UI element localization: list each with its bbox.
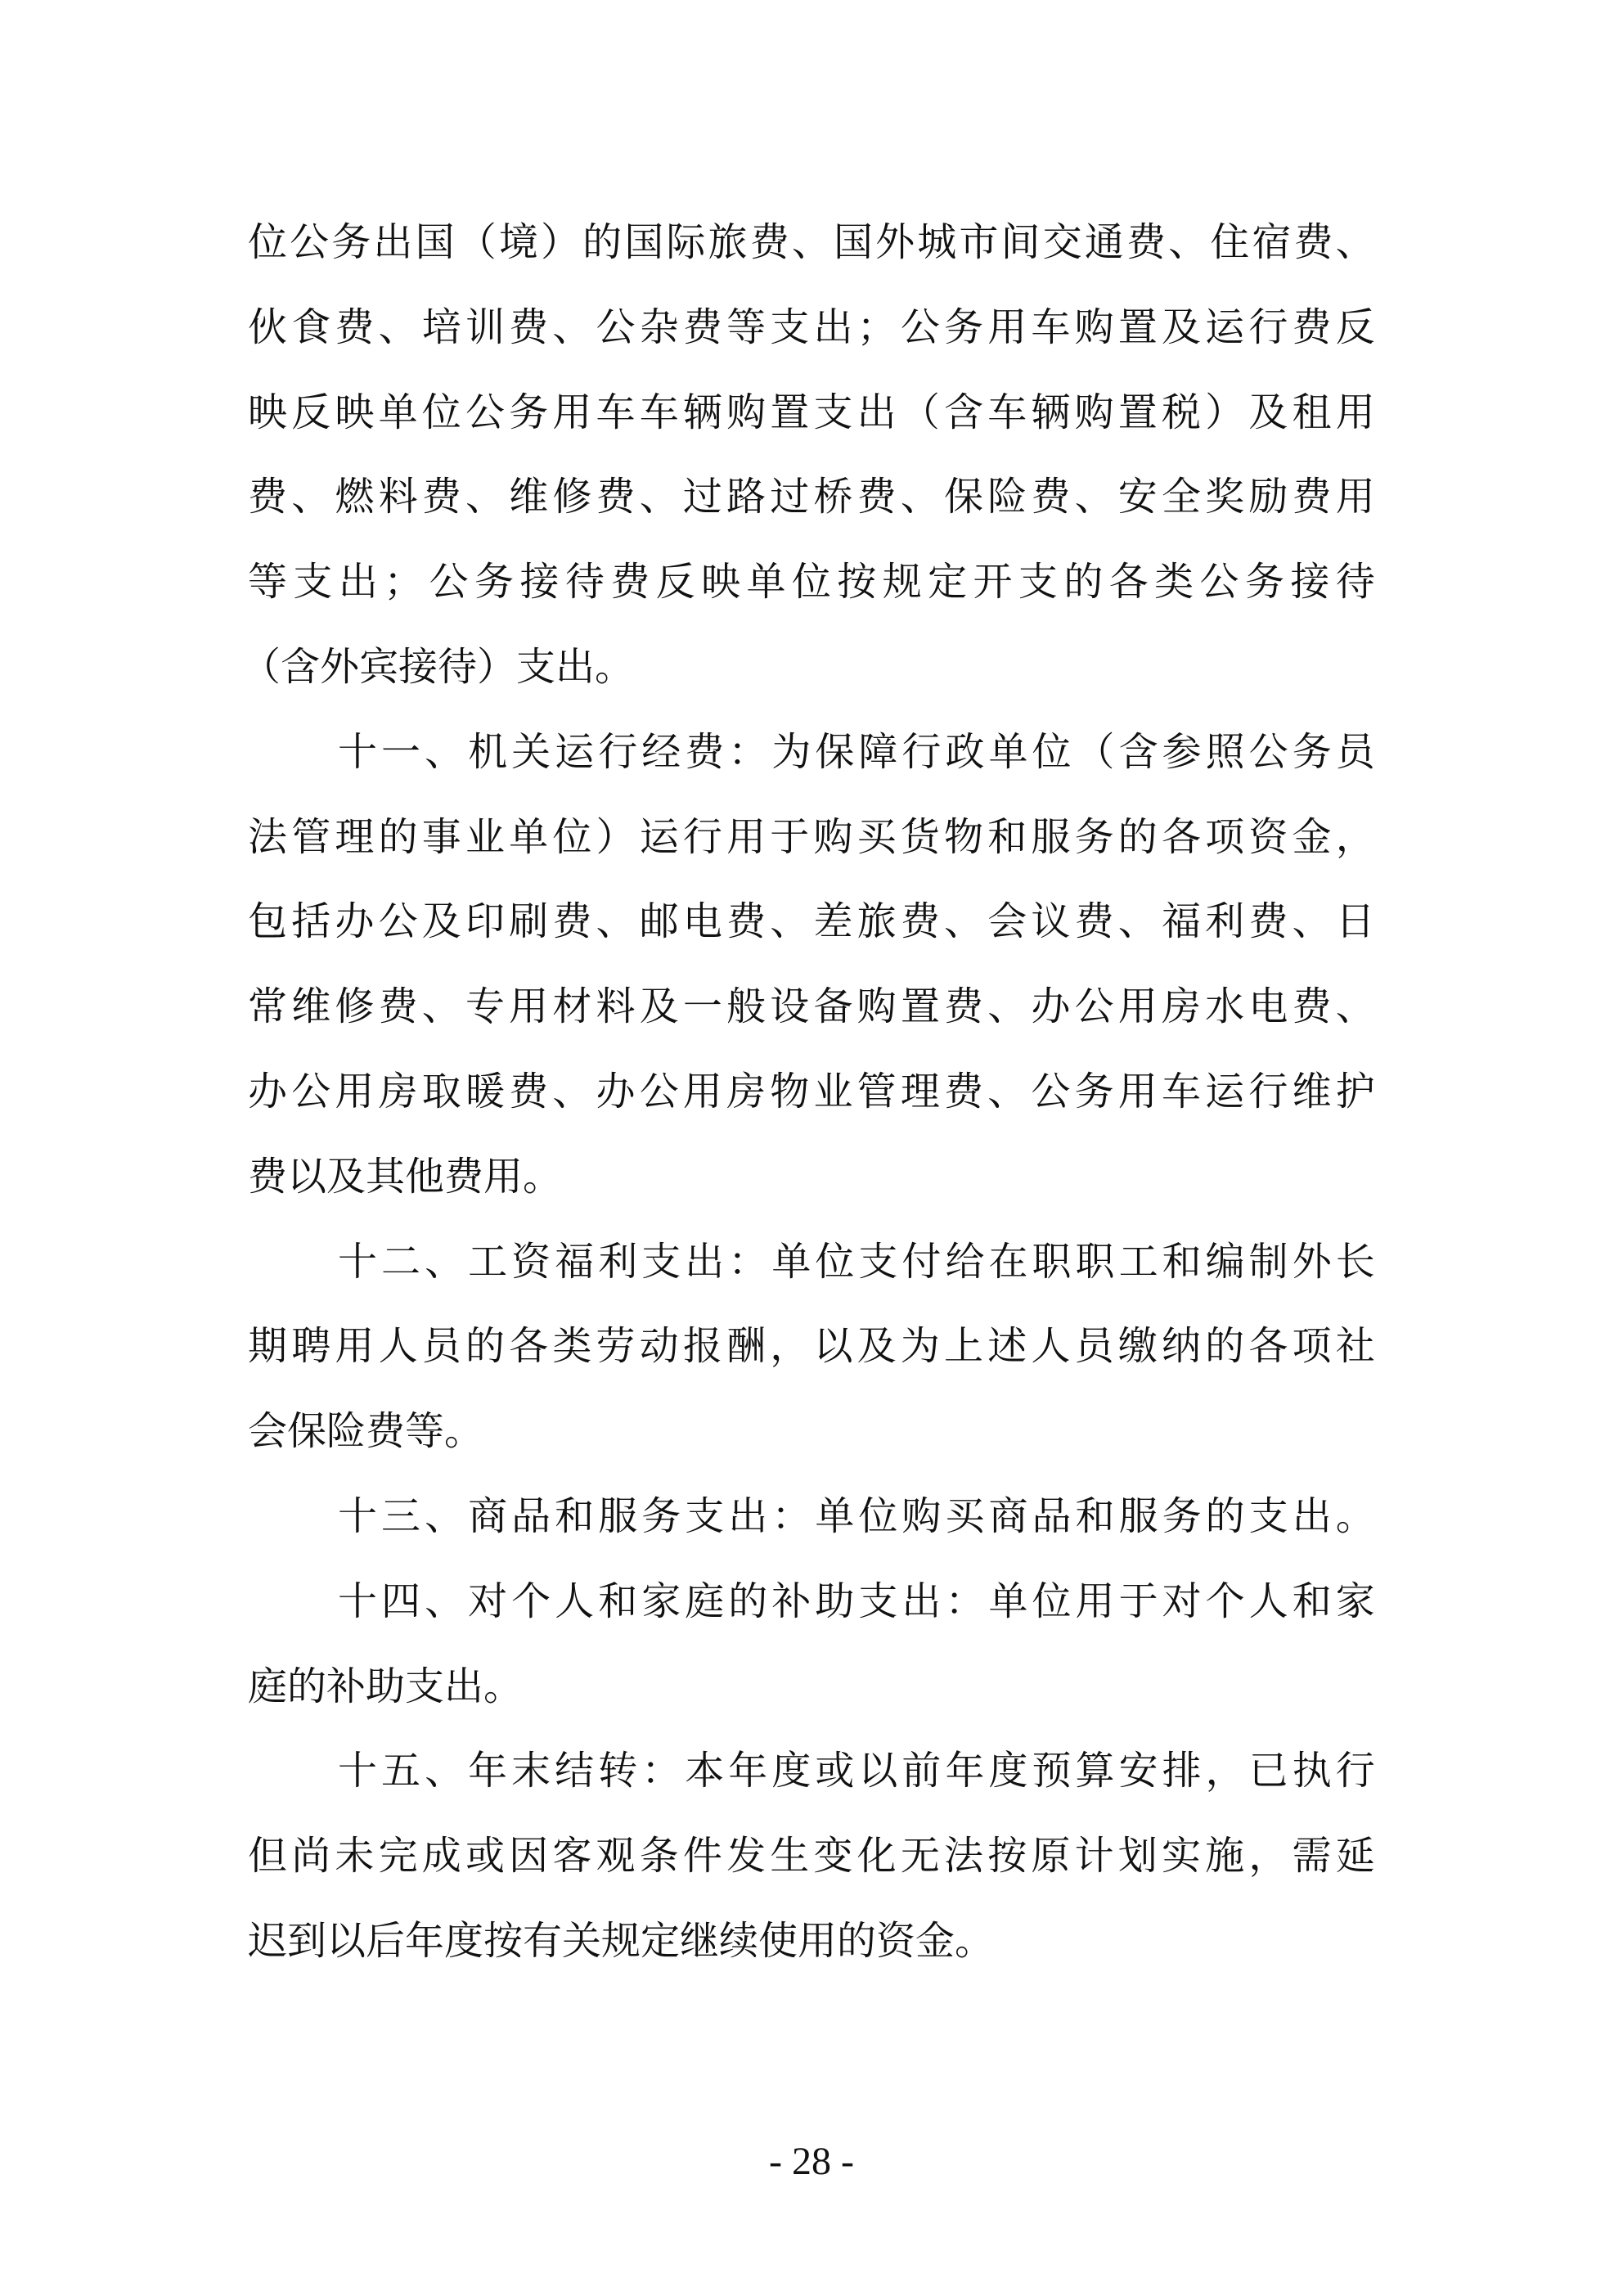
text-line: 十五、年末结转：本年度或以前年度预算安排，已执行 [248, 1738, 1375, 1823]
text-line: 伙食费、培训费、公杂费等支出；公务用车购置及运行费反 [248, 295, 1375, 380]
text-line: 常维修费、专用材料及一般设备购置费、办公用房水电费、 [248, 974, 1375, 1059]
text-line: 庭的补助支出。 [248, 1654, 1375, 1739]
text-line: 会保险费等。 [248, 1398, 1375, 1483]
document-page: 位公务出国（境）的国际旅费、国外城市间交通费、住宿费、 伙食费、培训费、公杂费等… [0, 0, 1623, 2296]
body-text: 位公务出国（境）的国际旅费、国外城市间交通费、住宿费、 伙食费、培训费、公杂费等… [248, 209, 1375, 1993]
text-line: 十三、商品和服务支出：单位购买商品和服务的支出。 [248, 1483, 1375, 1569]
paragraph-item-14: 十四、对个人和家庭的补助支出：单位用于对个人和家 庭的补助支出。 [248, 1569, 1375, 1739]
paragraph-item-12: 十二、工资福利支出：单位支付给在职职工和编制外长 期聘用人员的各类劳动报酬，以及… [248, 1229, 1375, 1483]
paragraph-item-15: 十五、年末结转：本年度或以前年度预算安排，已执行 但尚未完成或因客观条件发生变化… [248, 1738, 1375, 1992]
text-line: 包括办公及印刷费、邮电费、差旅费、会议费、福利费、日 [248, 889, 1375, 974]
text-line: （含外宾接待）支出。 [241, 634, 1375, 719]
paragraph-continuation: 位公务出国（境）的国际旅费、国外城市间交通费、住宿费、 伙食费、培训费、公杂费等… [248, 209, 1375, 719]
text-line: 等支出；公务接待费反映单位按规定开支的各类公务接待 [248, 549, 1375, 634]
text-line: 映反映单位公务用车车辆购置支出（含车辆购置税）及租用 [248, 380, 1375, 465]
paragraph-item-11: 十一、机关运行经费：为保障行政单位（含参照公务员 法管理的事业单位）运行用于购买… [248, 719, 1375, 1229]
text-line: 费、燃料费、维修费、过路过桥费、保险费、安全奖励费用 [248, 464, 1375, 549]
text-line: 法管理的事业单位）运行用于购买货物和服务的各项资金， [248, 804, 1375, 889]
text-line: 位公务出国（境）的国际旅费、国外城市间交通费、住宿费、 [248, 209, 1375, 295]
text-line: 但尚未完成或因客观条件发生变化无法按原计划实施，需延 [248, 1823, 1375, 1908]
text-line: 十一、机关运行经费：为保障行政单位（含参照公务员 [248, 719, 1375, 804]
text-line: 办公用房取暖费、办公用房物业管理费、公务用车运行维护 [248, 1059, 1375, 1144]
paragraph-item-13: 十三、商品和服务支出：单位购买商品和服务的支出。 [248, 1483, 1375, 1569]
text-line: 费以及其他费用。 [248, 1144, 1375, 1229]
text-line: 十四、对个人和家庭的补助支出：单位用于对个人和家 [248, 1569, 1375, 1654]
text-line: 期聘用人员的各类劳动报酬，以及为上述人员缴纳的各项社 [248, 1313, 1375, 1398]
text-line: 十二、工资福利支出：单位支付给在职职工和编制外长 [248, 1229, 1375, 1314]
text-line: 迟到以后年度按有关规定继续使用的资金。 [248, 1908, 1375, 1993]
page-number: - 28 - [0, 2137, 1623, 2186]
